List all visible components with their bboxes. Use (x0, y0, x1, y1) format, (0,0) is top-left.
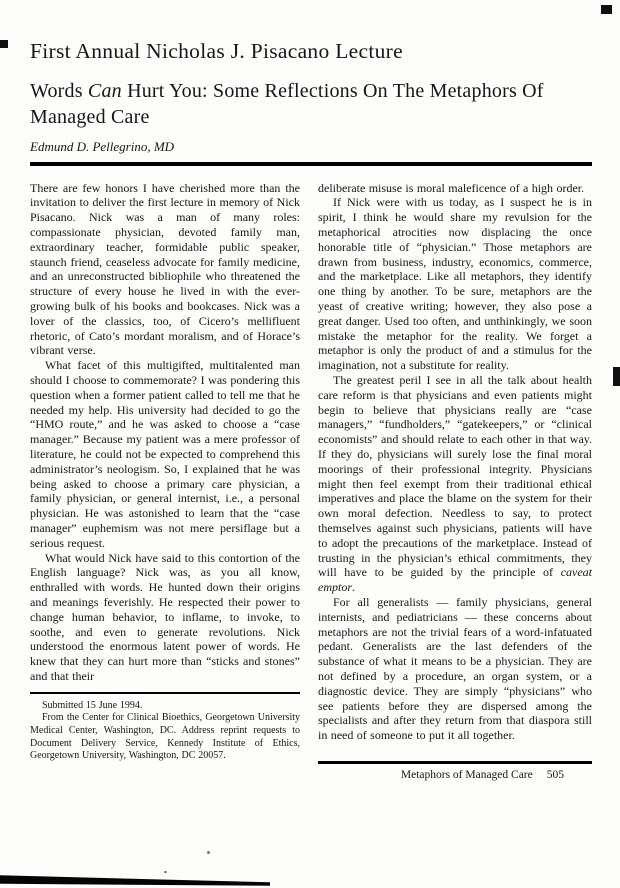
scan-artifact-top-left (0, 40, 8, 48)
footnote-submitted: Submitted 15 June 1994. (30, 700, 300, 713)
body-paragraph: What would Nick have said to this contor… (30, 551, 300, 684)
page-number: 505 (547, 769, 564, 781)
body-paragraph: deliberate misuse is moral maleficence o… (318, 181, 592, 196)
article-title-segment: Words (30, 80, 88, 102)
body-paragraph: The greatest peril I see in all the talk… (318, 373, 592, 595)
body-paragraph: If Nick were with us today, as I suspect… (318, 195, 592, 373)
footnote-rule (30, 692, 300, 694)
lecture-title: First Annual Nicholas J. Pisacano Lectur… (30, 40, 592, 64)
header-rule (30, 162, 592, 166)
footer-text: Metaphors of Managed Care505 (318, 769, 592, 781)
page-footer: Metaphors of Managed Care505 (318, 761, 592, 781)
right-column: deliberate misuse is moral maleficence o… (318, 181, 592, 781)
scan-speck (164, 871, 167, 873)
footer-rule (318, 761, 592, 764)
scan-artifact-bottom-edge (0, 873, 270, 888)
body-text-segment: . (352, 580, 355, 594)
body-paragraph: For all generalists — family physicians,… (318, 595, 592, 743)
footnote-affiliation: From the Center for Clinical Bioethics, … (30, 712, 300, 762)
article-header: First Annual Nicholas J. Pisacano Lectur… (30, 40, 592, 155)
article-title: Words Can Hurt You: Some Reflections On … (30, 78, 590, 130)
author-byline: Edmund D. Pellegrino, MD (30, 139, 592, 155)
scan-artifact-top-right (601, 5, 612, 14)
body-text-segment: The greatest peril I see in all the talk… (318, 373, 592, 579)
left-column: There are few honors I have cherished mo… (30, 181, 300, 763)
two-column-body: There are few honors I have cherished mo… (30, 181, 592, 781)
running-title: Metaphors of Managed Care (401, 769, 533, 781)
scan-artifact-right-edge (613, 367, 620, 386)
journal-page: First Annual Nicholas J. Pisacano Lectur… (0, 0, 620, 888)
article-title-italic: Can (88, 80, 122, 102)
body-paragraph: There are few honors I have cherished mo… (30, 181, 300, 359)
body-paragraph: What facet of this multigifted, multital… (30, 358, 300, 550)
scan-speck (207, 851, 210, 854)
footnote-block: Submitted 15 June 1994. From the Center … (30, 692, 300, 763)
